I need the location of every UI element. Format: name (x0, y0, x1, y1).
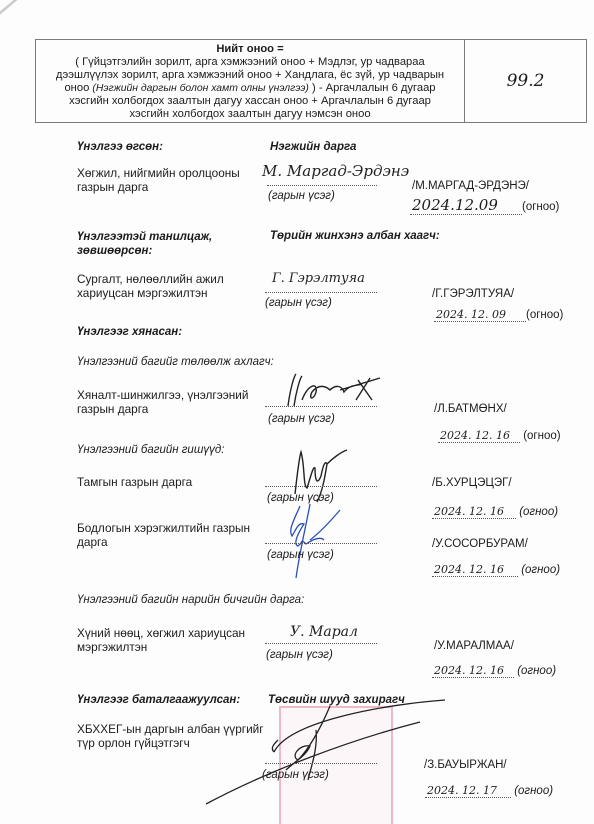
secretary-date: 2024. 12. 16 (огноо) (432, 664, 556, 678)
signature-line (265, 643, 377, 644)
secretary-role: Хүний нөөц, хөгжил хариуцсан мэргэжилтэн (77, 626, 262, 654)
evaluator-name: /М.МАРГАД-ЭРДЭНЭ/ (412, 180, 529, 192)
formula-line: хэсгийн холбогдох заалтын дагуу хассан о… (36, 95, 464, 108)
signature-line (265, 543, 377, 544)
confirmed-name: /З.БАУЫРЖАН/ (424, 759, 507, 771)
evaluator-signature: М. Маргад-Эрдэнэ (262, 162, 409, 180)
secretary-label: Үнэлгээний багийн нарийн бичгийн дарга: (77, 594, 304, 606)
signature-caption: (гарын үсэг) (262, 769, 329, 781)
formula-line: дээшлүүлэх зорилт, арга хэмжээний оноо +… (36, 69, 464, 82)
confirmed-signature (190, 700, 450, 810)
total-score-value: 99.2 (465, 40, 586, 122)
formula-line: оноо (Нэгжийн даргын болон хамт олны үнэ… (36, 82, 464, 95)
signature-line (265, 486, 377, 487)
formula-line: хэсгийн холбогдох заалтын дагуу нэмсэн о… (36, 108, 464, 121)
member-date: 2024. 12. 16 (огноо) (432, 505, 558, 519)
acknowledged-role: Сургалт, нөлөөллийн ажил хариуцсан мэргэ… (77, 272, 257, 300)
paper-crease-mark (0, 0, 68, 23)
member-role: Тамгын газрын дарга (77, 475, 192, 489)
member-date: 2024. 12. 16 (огноо) (432, 563, 560, 577)
team-lead-name: /Л.БАТМӨНХ/ (434, 403, 507, 415)
score-title: Нийт оноо = (36, 43, 464, 56)
signature-caption: (гарын үсэг) (267, 549, 334, 561)
total-score-table: Нийт оноо = ( Гүйцэтгэлийн зорилт, арга … (35, 39, 587, 123)
signature-line (267, 185, 377, 186)
signature-caption: (гарын үсэг) (265, 297, 332, 309)
members-label: Үнэлгээний багийн гишүүд: (77, 444, 224, 456)
team-lead-date: 2024. 12. 16 (огноо) (438, 429, 561, 443)
formula-line: ( Гүйцэтгэлийн зорилт, арга хэмжээний он… (36, 56, 464, 69)
score-formula-cell: Нийт оноо = ( Гүйцэтгэлийн зорилт, арга … (36, 40, 465, 122)
team-lead-signature (280, 370, 390, 410)
signature-caption: (гарын үсэг) (268, 413, 335, 425)
reviewed-heading: Үнэлгээг хянасан: (77, 326, 182, 338)
signature-line (265, 763, 377, 764)
secretary-signature: У. Марал (290, 624, 358, 640)
acknowledged-date: 2024. 12. 09(огноо) (434, 308, 563, 322)
evaluator-role: Хөгжил, нийгмийн оролцооны газрын дарга (77, 166, 262, 194)
signature-caption: (гарын үсэг) (268, 190, 335, 202)
acknowledged-signature: Г. Гэрэлтуяа (272, 271, 365, 286)
evaluator-heading: Үнэлгээ өгсөн: (77, 141, 163, 153)
evaluator-position-heading: Нэгжийн дарга (270, 141, 356, 153)
confirmed-date: 2024. 12. 17 (огноо) (425, 784, 553, 798)
acknowledged-heading: Үнэлгээтэй танилцаж, зөвшөөрсөн: (77, 230, 257, 258)
acknowledged-name: /Г.ГЭРЭЛТУЯА/ (432, 288, 514, 300)
signature-line (265, 292, 377, 293)
member-role: Бодлогын хэрэгжилтийн газрын дарга (77, 521, 257, 549)
member-name: /Б.ХУРЦЭЦЭГ/ (432, 477, 512, 489)
team-lead-label: Үнэлгээний багийг төлөөлж ахлагч: (77, 356, 274, 368)
team-lead-role: Хяналт-шинжилгээ, үнэлгээний газрын дарг… (77, 388, 257, 416)
signature-caption: (гарын үсэг) (266, 649, 333, 661)
secretary-name: /У.МАРАЛМАА/ (434, 640, 514, 652)
member-signature (280, 500, 350, 580)
evaluator-date: 2024.12.09(огноо) (410, 196, 559, 215)
acknowledged-position-heading: Төрийн жинхэнэ албан хаагч: (270, 230, 440, 242)
signature-line (265, 406, 377, 407)
member-name: /У.СОСОРБУРАМ/ (432, 538, 528, 550)
